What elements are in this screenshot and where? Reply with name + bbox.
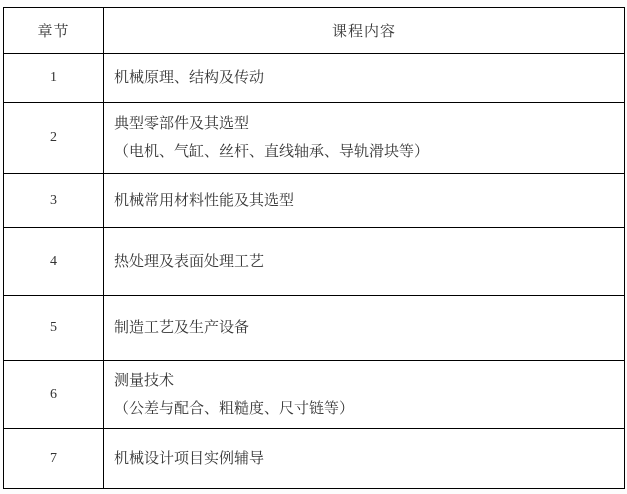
chapter-number-cell: 1 <box>4 54 104 103</box>
course-content-cell: 机械设计项目实例辅导 <box>104 429 625 489</box>
course-content-line: （公差与配合、粗糙度、尺寸链等） <box>114 395 618 423</box>
course-content-line: 典型零部件及其选型 <box>114 110 618 138</box>
table-row: 3 机械常用材料性能及其选型 <box>4 174 625 228</box>
course-content-line: 机械设计项目实例辅导 <box>114 445 618 473</box>
table-row: 6 测量技术 （公差与配合、粗糙度、尺寸链等） <box>4 361 625 429</box>
course-outline-table: 章节 课程内容 1 机械原理、结构及传动 2 典型零部件及其选型 （电机、气缸、… <box>3 7 625 489</box>
chapter-number-cell: 4 <box>4 228 104 296</box>
table-row: 1 机械原理、结构及传动 <box>4 54 625 103</box>
header-content: 课程内容 <box>104 8 625 54</box>
chapter-number-cell: 2 <box>4 103 104 174</box>
chapter-number-cell: 7 <box>4 429 104 489</box>
table-row: 4 热处理及表面处理工艺 <box>4 228 625 296</box>
course-content-line: 制造工艺及生产设备 <box>114 314 618 342</box>
course-content-cell: 典型零部件及其选型 （电机、气缸、丝杆、直线轴承、导轨滑块等） <box>104 103 625 174</box>
course-content-line: 热处理及表面处理工艺 <box>114 248 618 276</box>
course-content-line: 机械原理、结构及传动 <box>114 64 618 92</box>
course-content-line: （电机、气缸、丝杆、直线轴承、导轨滑块等） <box>114 138 618 166</box>
chapter-number-cell: 5 <box>4 296 104 361</box>
table-header-row: 章节 课程内容 <box>4 8 625 54</box>
course-content-cell: 测量技术 （公差与配合、粗糙度、尺寸链等） <box>104 361 625 429</box>
table-row: 7 机械设计项目实例辅导 <box>4 429 625 489</box>
course-content-cell: 机械原理、结构及传动 <box>104 54 625 103</box>
chapter-number-cell: 3 <box>4 174 104 228</box>
chapter-number-cell: 6 <box>4 361 104 429</box>
course-content-cell: 制造工艺及生产设备 <box>104 296 625 361</box>
table-row: 2 典型零部件及其选型 （电机、气缸、丝杆、直线轴承、导轨滑块等） <box>4 103 625 174</box>
course-content-line: 机械常用材料性能及其选型 <box>114 187 618 215</box>
course-content-cell: 热处理及表面处理工艺 <box>104 228 625 296</box>
page: 章节 课程内容 1 机械原理、结构及传动 2 典型零部件及其选型 （电机、气缸、… <box>0 0 627 494</box>
course-content-line: 测量技术 <box>114 367 618 395</box>
header-chapter: 章节 <box>4 8 104 54</box>
table-row: 5 制造工艺及生产设备 <box>4 296 625 361</box>
course-content-cell: 机械常用材料性能及其选型 <box>104 174 625 228</box>
